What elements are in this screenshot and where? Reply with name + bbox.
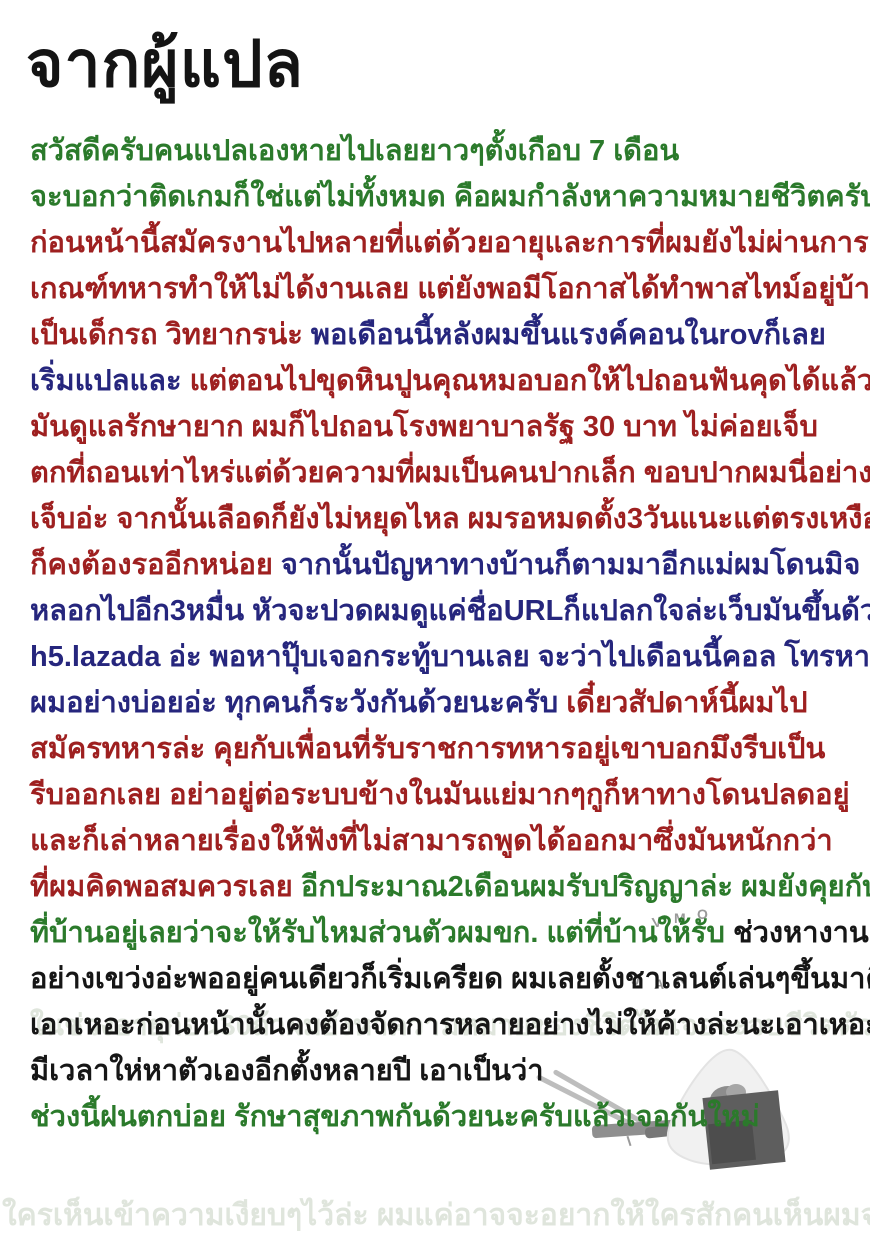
text-line: ที่บ้านอยู่เลยว่าจะให้รับไหมส่วนตัวผมขก.…	[30, 910, 854, 956]
text-line: มีเวลาให่หาตัวเองอีกตั้งหลายปี เอาเป็นว่…	[30, 1048, 854, 1094]
text-segment: หลอกไปอีก3หมื่น หัวจะปวดผมดูแค่ชื่อURLก็…	[30, 595, 870, 627]
text-line: เกณฑ์ทหารทำให้ไม่ได้งานเลย แต่ยังพอมีโอก…	[30, 266, 854, 312]
note-body: สวัสดีครับคนแปลเองหายไปเลยยาวๆตั้งเกือบ …	[30, 128, 854, 1140]
text-segment: เกณฑ์ทหารทำให้ไม่ได้งานเลย แต่ยังพอมีโอก…	[30, 273, 870, 305]
translator-note-page: จากผู้แปล ในช่วงอายุก่อน30ถ้าผมยังหาความ…	[0, 0, 870, 1237]
text-line: รีบออกเลย อย่าอยู่ต่อระบบข้างในมันแย่มาก…	[30, 772, 854, 818]
text-line: ที่ผมคิดพอสมควรเลย อีกประมาณ2เดือนผมรับป…	[30, 864, 854, 910]
text-segment: รีบออกเลย อย่าอยู่ต่อระบบข้างในมันแย่มาก…	[30, 779, 850, 811]
text-line: ช่วงนี้ฝนตกบ่อย รักษาสุขภาพกันด้วยนะครับ…	[30, 1094, 854, 1140]
text-segment: สวัสดีครับคนแปลเองหายไปเลยยาวๆตั้งเกือบ …	[30, 135, 679, 167]
text-line: อย่างเขว่งอ่ะพออยู่คนเดียวก็เริ่มเครียด …	[30, 956, 854, 1002]
text-segment: อย่างเขว่งอ่ะพออยู่คนเดียวก็เริ่มเครียด …	[30, 963, 870, 995]
text-segment: และก็เล่าหลายเรื่องให้ฟังที่ไม่สามารถพูด…	[30, 825, 833, 857]
text-segment: มันดูแลรักษายาก ผมก็ไปถอนโรงพยาบาลรัฐ 30…	[30, 411, 818, 443]
text-line: สมัครทหารล่ะ คุยกับเพื่อนที่รับราชการทหา…	[30, 726, 854, 772]
text-line: ก็คงต้องรออีกหน่อย จากนั้นปัญหาทางบ้านก็…	[30, 542, 854, 588]
text-line: เริ่มแปลและ แต่ตอนไปขุดหินปูนคุณหมอบอกให…	[30, 358, 854, 404]
text-line: หลอกไปอีก3หมื่น หัวจะปวดผมดูแค่ชื่อURLก็…	[30, 588, 854, 634]
text-line: เป็นเด็กรถ วิทยากรน่ะ พอเดือนนี้หลังผมขึ…	[30, 312, 854, 358]
text-line: และก็เล่าหลายเรื่องให้ฟังที่ไม่สามารถพูด…	[30, 818, 854, 864]
text-line: จะบอกว่าติดเกมก็ใช่แต่ไม่ทั้งหมด คือผมกำ…	[30, 174, 854, 220]
text-segment: ก็คงต้องรออีกหน่อย	[30, 549, 281, 581]
text-line: ก่อนหน้านี้สมัครงานไปหลายที่แต่ด้วยอายุแ…	[30, 220, 854, 266]
text-segment: เริ่มแปลและ	[30, 365, 190, 397]
text-segment: อีกประมาณ2เดือนผมรับปริญญาล่ะ ผมยังคุยกั…	[301, 871, 870, 903]
text-segment: เจ็บอ่ะ จากนั้นเลือดก็ยังไม่หยุดไหล ผมรอ…	[30, 503, 870, 535]
text-line: เอาเหอะก่อนหน้านั้นคงต้องจัดการหลายอย่าง…	[30, 1002, 854, 1048]
page-title: จากผู้แปล	[0, 0, 870, 124]
text-segment: จะบอกว่าติดเกมก็ใช่แต่ไม่ทั้งหมด คือผมกำ…	[30, 181, 870, 213]
text-segment: สมัครทหารล่ะ คุยกับเพื่อนที่รับราชการทหา…	[30, 733, 825, 765]
text-line: h5.lazada อ่ะ พอหาปุ๊บเจอกระทู้บานเลย จะ…	[30, 634, 854, 680]
text-line: มันดูแลรักษายาก ผมก็ไปถอนโรงพยาบาลรัฐ 30…	[30, 404, 854, 450]
text-segment: h5.lazada อ่ะ พอหาปุ๊บเจอกระทู้บานเลย จะ…	[30, 641, 870, 673]
text-line: สวัสดีครับคนแปลเองหายไปเลยยาวๆตั้งเกือบ …	[30, 128, 854, 174]
text-segment: ผมอย่างบ่อยอ่ะ ทุกคนก็ระวังกันด้วยนะครับ	[30, 687, 566, 719]
text-line: ตกที่ถอนเท่าไหร่แต่ด้วยความที่ผมเป็นคนปา…	[30, 450, 854, 496]
text-segment: ที่ผมคิดพอสมควรเลย	[30, 871, 301, 903]
text-segment: ช่วงนี้ฝนตกบ่อย รักษาสุขภาพกันด้วยนะครับ…	[30, 1101, 760, 1133]
text-segment: เป็นเด็กรถ วิทยากรน่ะ	[30, 319, 311, 351]
text-segment: แต่ตอนไปขุดหินปูนคุณหมอบอกให้ไปถอนฟันคุด…	[190, 365, 870, 397]
text-line: เจ็บอ่ะ จากนั้นเลือดก็ยังไม่หยุดไหล ผมรอ…	[30, 496, 854, 542]
text-segment: เอาเหอะก่อนหน้านั้นคงต้องจัดการหลายอย่าง…	[30, 1009, 870, 1041]
text-segment: ก่อนหน้านี้สมัครงานไปหลายที่แต่ด้วยอายุแ…	[30, 227, 869, 259]
text-segment: เดี๋ยวสัปดาห์นี้ผมไป	[566, 687, 807, 719]
text-segment: พอเดือนนี้หลังผมขึ้นแรงค์คอนในrovก็เลย	[311, 319, 826, 351]
text-segment: ช่วงหางานผมนี่	[733, 917, 870, 949]
text-segment: ตกที่ถอนเท่าไหร่แต่ด้วยความที่ผมเป็นคนปา…	[30, 457, 870, 489]
text-line: ผมอย่างบ่อยอ่ะ ทุกคนก็ระวังกันด้วยนะครับ…	[30, 680, 854, 726]
ghost-text-bottom: ใครเห็นเข้าความเงียบๆไว้ล่ะ ผมแค่อาจจะอย…	[2, 1192, 870, 1237]
text-segment: จากนั้นปัญหาทางบ้านก็ตามมาอีกแม่ผมโดนมิจ	[281, 549, 861, 581]
text-segment: ที่บ้านอยู่เลยว่าจะให้รับไหมส่วนตัวผมขก.…	[30, 917, 733, 949]
text-segment: มีเวลาให่หาตัวเองอีกตั้งหลายปี เอาเป็นว่…	[30, 1055, 544, 1087]
